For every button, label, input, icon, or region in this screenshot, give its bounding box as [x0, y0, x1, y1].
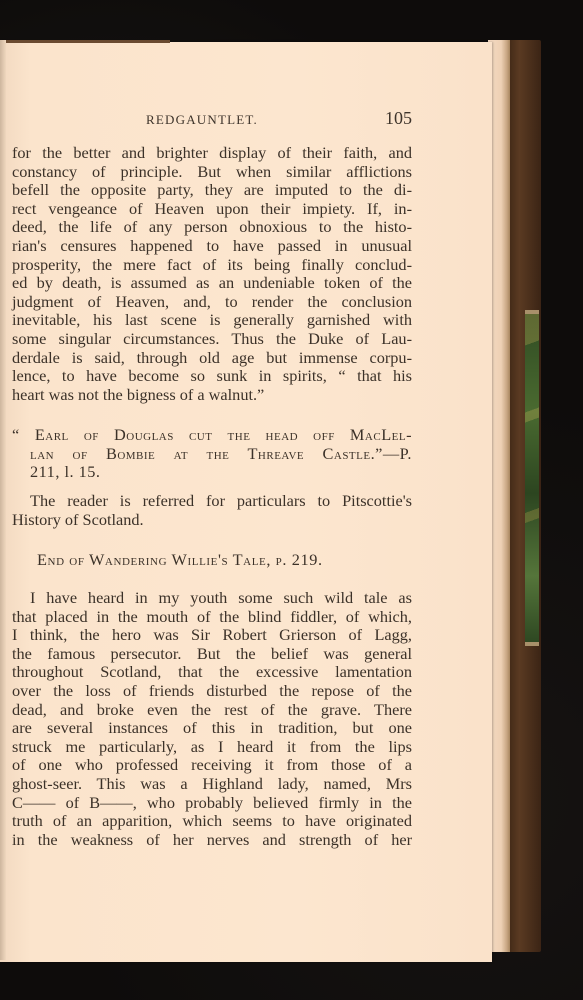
marbled-cover-panel	[525, 312, 539, 642]
paragraph-3: I have heard in my youth some such wild …	[12, 589, 412, 849]
text-line: lence, to have become so sunk in spirits…	[12, 367, 412, 386]
text-line: truth of an apparition, which seems to h…	[12, 812, 412, 831]
text-line: the famous persecutor. But the belief wa…	[12, 645, 412, 664]
text-line: ghost-seer. This was a Highland lady, na…	[12, 775, 412, 794]
text-line: judgment of Heaven, and, to render the c…	[12, 293, 412, 312]
cover-band-bottom	[525, 642, 539, 646]
text-line: over the loss of friends disturbed the r…	[12, 682, 412, 701]
text-line: derdale is said, through old age but imm…	[12, 349, 412, 368]
text-line: constancy of principle. But when similar…	[12, 163, 412, 182]
text-line: are several instances of this in traditi…	[12, 719, 412, 738]
text-line: C—— of B——, who probably believed firmly…	[12, 794, 412, 813]
text-line: dead, and broke even the rest of the gra…	[12, 701, 412, 720]
text-line: inevitable, his last scene is generally …	[12, 311, 412, 330]
text-line: 211, l. 15.	[12, 463, 412, 482]
text-line: ed by death, is assumed as an undeniable…	[12, 274, 412, 293]
text-line: in the weakness of her nerves and streng…	[12, 831, 412, 850]
text-line: prosperity, the mere fact of its being f…	[12, 256, 412, 275]
text-line: I think, the hero was Sir Robert Grierso…	[12, 626, 412, 645]
text-line: befell the opposite party, they are impu…	[12, 181, 412, 200]
text-line: deed, the life of any person obnoxious t…	[12, 218, 412, 237]
running-title: REDGAUNTLET.	[146, 112, 258, 128]
text-line: “ Earl of Douglas cut the head off MacLe…	[12, 426, 412, 445]
section-heading: End of Wandering Willie's Tale, p. 219.	[37, 551, 323, 570]
cover-band-top	[525, 310, 539, 314]
text-line: struck me particularly, as I heard it fr…	[12, 738, 412, 757]
text-line: some singular circumstances. Thus the Du…	[12, 330, 412, 349]
note-heading: “ Earl of Douglas cut the head off MacLe…	[12, 426, 412, 482]
text-line: for the better and brighter display of t…	[12, 144, 412, 163]
paragraph-2: The reader is referred for particulars t…	[12, 492, 412, 529]
page-top-shadow	[0, 40, 170, 43]
text-line: I have heard in my youth some such wild …	[12, 589, 412, 608]
text-line: rect vengeance of Heaven upon their impi…	[12, 200, 412, 219]
text-line: rian's censures happened to have passed …	[12, 237, 412, 256]
page-number: 105	[385, 108, 412, 129]
text-line: The reader is referred for particulars t…	[12, 492, 412, 511]
text-line: of one who professed receiving it from t…	[12, 756, 412, 775]
text-line: throughout Scotland, that the excessive …	[12, 663, 412, 682]
text-line: lan of Bombie at the Threave Castle.”—P.	[12, 445, 412, 464]
text-line: heart was not the bigness of a walnut.”	[12, 386, 412, 405]
text-line: History of Scotland.	[12, 511, 412, 530]
paragraph-1: for the better and brighter display of t…	[12, 144, 412, 404]
page-gutter	[0, 40, 6, 960]
text-line: that placed in the mouth of the blind fi…	[12, 608, 412, 627]
